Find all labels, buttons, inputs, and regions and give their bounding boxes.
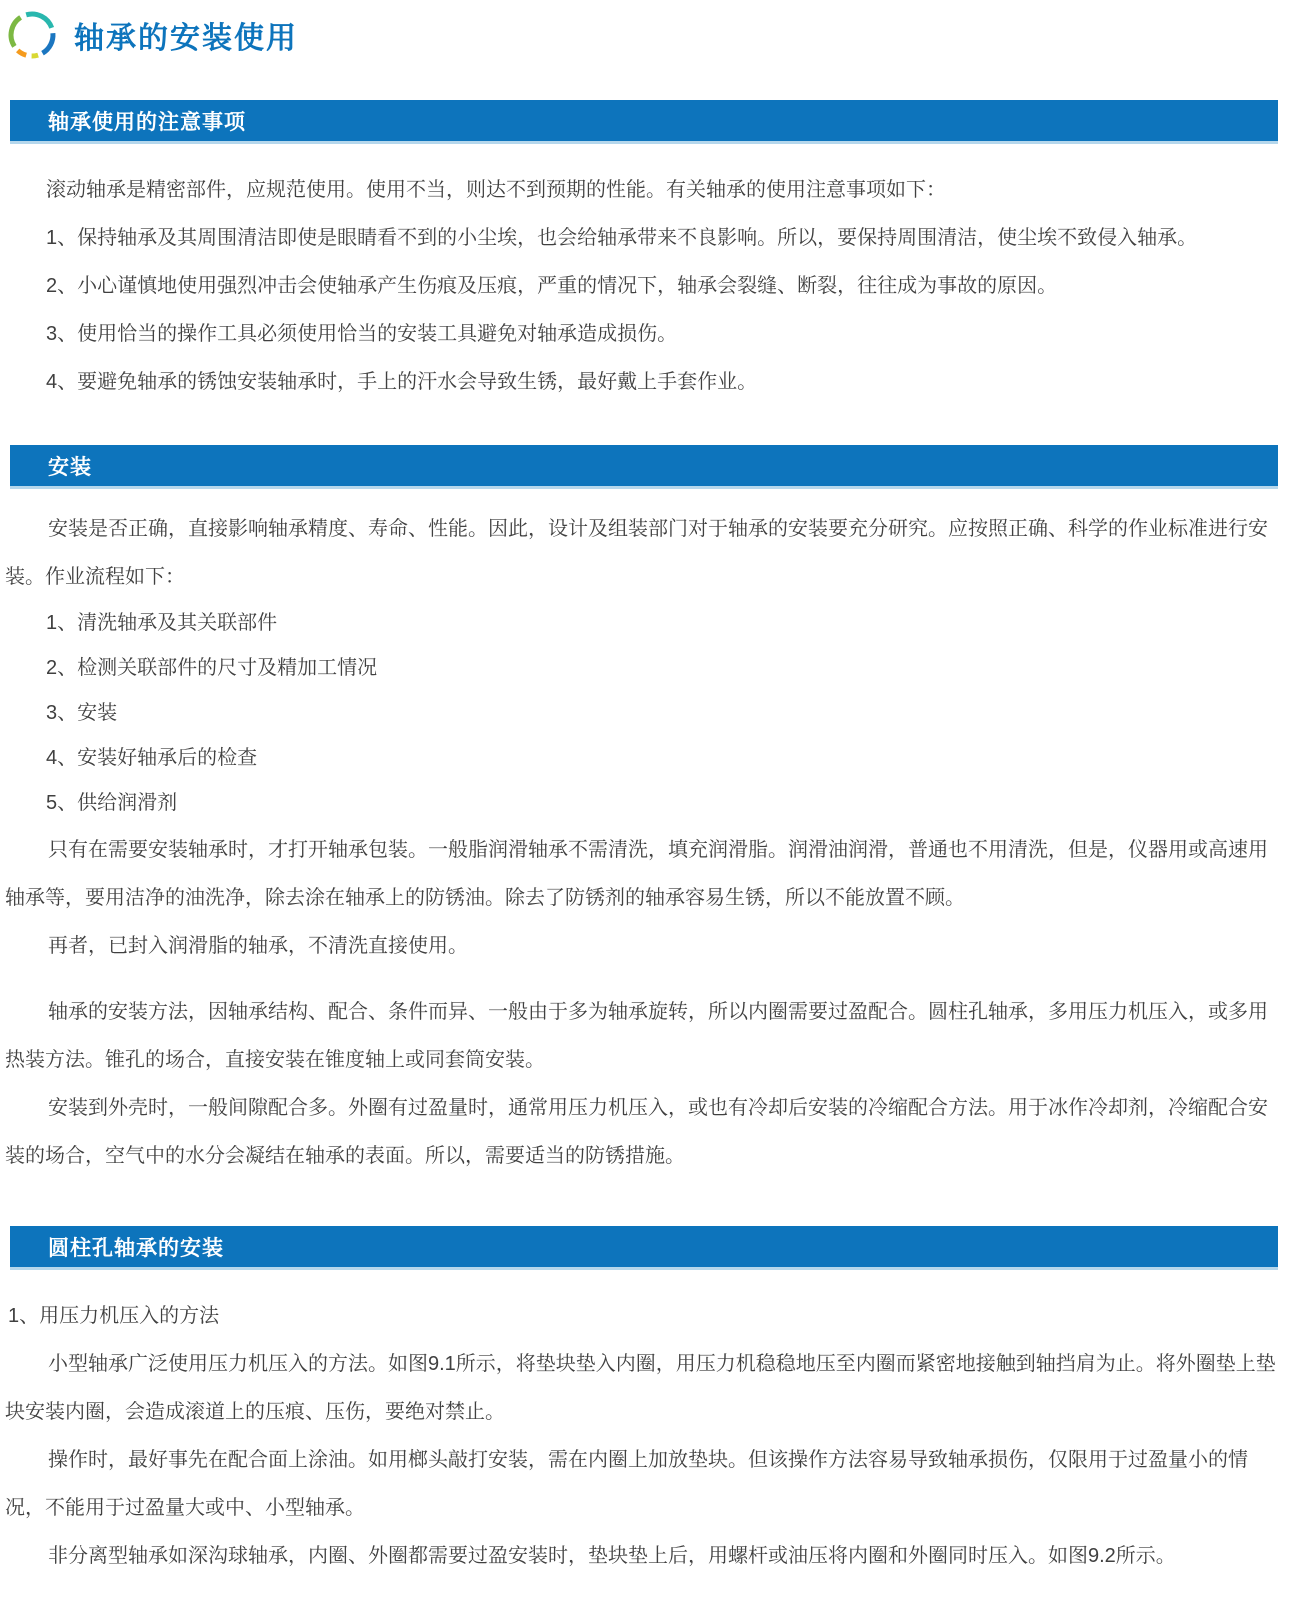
cylindrical-paragraph-3: 非分离型轴承如深沟球轴承，内圈、外圈都需要过盈安装时，垫块垫上后，用螺杆或油压将… [5, 1532, 1285, 1580]
segmented-ring-logo-icon [6, 9, 58, 61]
installation-paragraph-4: 安装到外壳时，一般间隙配合多。外圈有过盈量时，通常用压力机压入，或也有冷却后安装… [5, 1084, 1285, 1180]
section-header-usage-notes: 轴承使用的注意事项 [10, 100, 1278, 144]
press-fit-method-subheading: 1、用压力机压入的方法 [5, 1292, 1285, 1340]
section-title-cylindrical-bore: 圆柱孔轴承的安装 [10, 1232, 224, 1262]
usage-notes-intro: 滚动轴承是精密部件，应规范使用。使用不当，则达不到预期的性能。有关轴承的使用注意… [46, 166, 1278, 214]
installation-paragraph-1: 只有在需要安装轴承时，才打开轴承包装。一般脂润滑轴承不需清洗，填充润滑脂。润滑油… [5, 826, 1285, 922]
installation-step-5: 5、供给润滑剂 [46, 781, 1278, 826]
section-title-usage-notes: 轴承使用的注意事项 [10, 106, 246, 136]
installation-paragraph-2: 再者，已封入润滑脂的轴承，不清洗直接使用。 [5, 922, 1285, 970]
usage-note-item-4: 4、要避免轴承的锈蚀安装轴承时，手上的汗水会导致生锈，最好戴上手套作业。 [46, 358, 1278, 406]
installation-step-1: 1、清洗轴承及其关联部件 [46, 601, 1278, 646]
section-cylindrical-bore-content: 1、用压力机压入的方法 小型轴承广泛使用压力机压入的方法。如图9.1所示，将垫块… [0, 1292, 1290, 1602]
cylindrical-paragraph-1: 小型轴承广泛使用压力机压入的方法。如图9.1所示，将垫块垫入内圈，用压力机稳稳地… [5, 1340, 1285, 1436]
page-title: 轴承的安装使用 [74, 13, 298, 57]
document-page: 轴承的安装使用 轴承使用的注意事项 滚动轴承是精密部件，应规范使用。使用不当，则… [0, 0, 1290, 1602]
installation-step-4: 4、安装好轴承后的检查 [46, 736, 1278, 781]
installation-step-3: 3、安装 [46, 691, 1278, 736]
usage-note-item-2: 2、小心谨慎地使用强烈冲击会使轴承产生伤痕及压痕，严重的情况下，轴承会裂缝、断裂… [46, 262, 1278, 310]
section-header-cylindrical-bore: 圆柱孔轴承的安装 [10, 1226, 1278, 1270]
installation-intro: 安装是否正确，直接影响轴承精度、寿命、性能。因此，设计及组装部门对于轴承的安装要… [5, 505, 1285, 601]
section-usage-notes-content: 滚动轴承是精密部件，应规范使用。使用不当，则达不到预期的性能。有关轴承的使用注意… [46, 166, 1278, 406]
usage-note-item-1: 1、保持轴承及其周围清洁即使是眼睛看不到的小尘埃，也会给轴承带来不良影响。所以，… [46, 214, 1278, 262]
usage-note-item-3: 3、使用恰当的操作工具必须使用恰当的安装工具避免对轴承造成损伤。 [46, 310, 1278, 358]
section-header-installation: 安装 [10, 445, 1278, 489]
installation-paragraph-3: 轴承的安装方法，因轴承结构、配合、条件而异、一般由于多为轴承旋转，所以内圈需要过… [5, 988, 1285, 1084]
section-installation-content: 安装是否正确，直接影响轴承精度、寿命、性能。因此，设计及组装部门对于轴承的安装要… [0, 505, 1290, 1180]
installation-step-2: 2、检测关联部件的尺寸及精加工情况 [46, 646, 1278, 691]
cylindrical-paragraph-2: 操作时，最好事先在配合面上涂油。如用榔头敲打安装，需在内圈上加放垫块。但该操作方… [5, 1436, 1285, 1532]
section-title-installation: 安装 [10, 451, 92, 481]
page-header: 轴承的安装使用 [6, 8, 1290, 62]
installation-steps: 1、清洗轴承及其关联部件 2、检测关联部件的尺寸及精加工情况 3、安装 4、安装… [46, 601, 1278, 826]
